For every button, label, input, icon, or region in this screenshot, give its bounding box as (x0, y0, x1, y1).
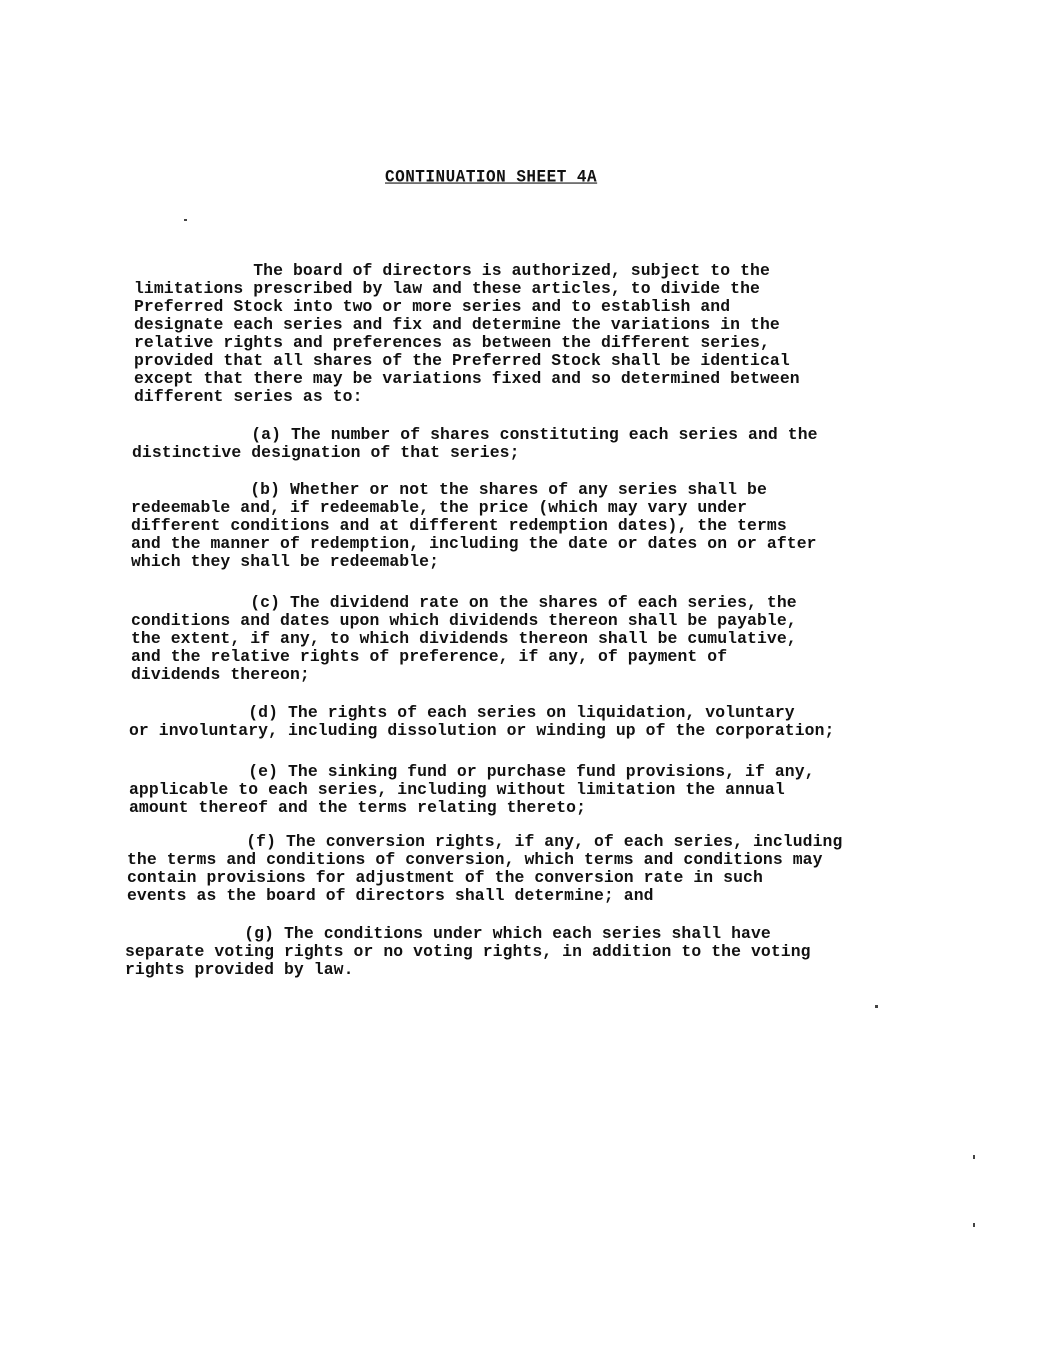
text-line: Preferred Stock into two or more series … (134, 298, 800, 316)
text-line: the extent, if any, to which dividends t… (131, 630, 797, 648)
clause-g: (g) The conditions under which each seri… (125, 925, 811, 979)
text-line: the terms and conditions of conversion, … (127, 851, 842, 869)
text-line: relative rights and preferences as betwe… (134, 334, 800, 352)
clause-e: (e) The sinking fund or purchase fund pr… (129, 763, 815, 817)
scan-speck (973, 1155, 975, 1159)
intro-paragraph: The board of directors is authorized, su… (134, 262, 800, 406)
clause-b: (b) Whether or not the shares of any ser… (131, 481, 817, 571)
text-line: The board of directors is authorized, su… (134, 262, 800, 280)
text-line: applicable to each series, including wit… (129, 781, 815, 799)
page-title: CONTINUATION SHEET 4A (385, 167, 597, 187)
text-line: events as the board of directors shall d… (127, 887, 842, 905)
text-line: (c) The dividend rate on the shares of e… (131, 594, 797, 612)
text-line: and the manner of redemption, including … (131, 535, 817, 553)
clause-d: (d) The rights of each series on liquida… (129, 704, 834, 740)
scan-speck (875, 1005, 878, 1008)
text-line: (b) Whether or not the shares of any ser… (131, 481, 817, 499)
text-line: and the relative rights of preference, i… (131, 648, 797, 666)
text-line: or involuntary, including dissolution or… (129, 722, 834, 740)
text-line: (d) The rights of each series on liquida… (129, 704, 834, 722)
scan-speck (184, 219, 187, 221)
text-line: (g) The conditions under which each seri… (125, 925, 811, 943)
text-line: designate each series and fix and determ… (134, 316, 800, 334)
text-line: which they shall be redeemable; (131, 553, 817, 571)
text-line: conditions and dates upon which dividend… (131, 612, 797, 630)
text-line: different conditions and at different re… (131, 517, 817, 535)
text-line: (a) The number of shares constituting ea… (132, 426, 818, 444)
text-line: (e) The sinking fund or purchase fund pr… (129, 763, 815, 781)
clause-c: (c) The dividend rate on the shares of e… (131, 594, 797, 684)
clause-a: (a) The number of shares constituting ea… (132, 426, 818, 462)
text-line: limitations prescribed by law and these … (134, 280, 800, 298)
text-line: rights provided by law. (125, 961, 811, 979)
text-line: distinctive designation of that series; (132, 444, 818, 462)
clause-f: (f) The conversion rights, if any, of ea… (127, 833, 842, 905)
text-line: contain provisions for adjustment of the… (127, 869, 842, 887)
text-line: redeemable and, if redeemable, the price… (131, 499, 817, 517)
text-line: except that there may be variations fixe… (134, 370, 800, 388)
text-line: amount thereof and the terms relating th… (129, 799, 815, 817)
text-line: (f) The conversion rights, if any, of ea… (127, 833, 842, 851)
text-line: dividends thereon; (131, 666, 797, 684)
text-line: provided that all shares of the Preferre… (134, 352, 800, 370)
scan-speck (973, 1223, 975, 1227)
text-line: different series as to: (134, 388, 800, 406)
text-line: separate voting rights or no voting righ… (125, 943, 811, 961)
